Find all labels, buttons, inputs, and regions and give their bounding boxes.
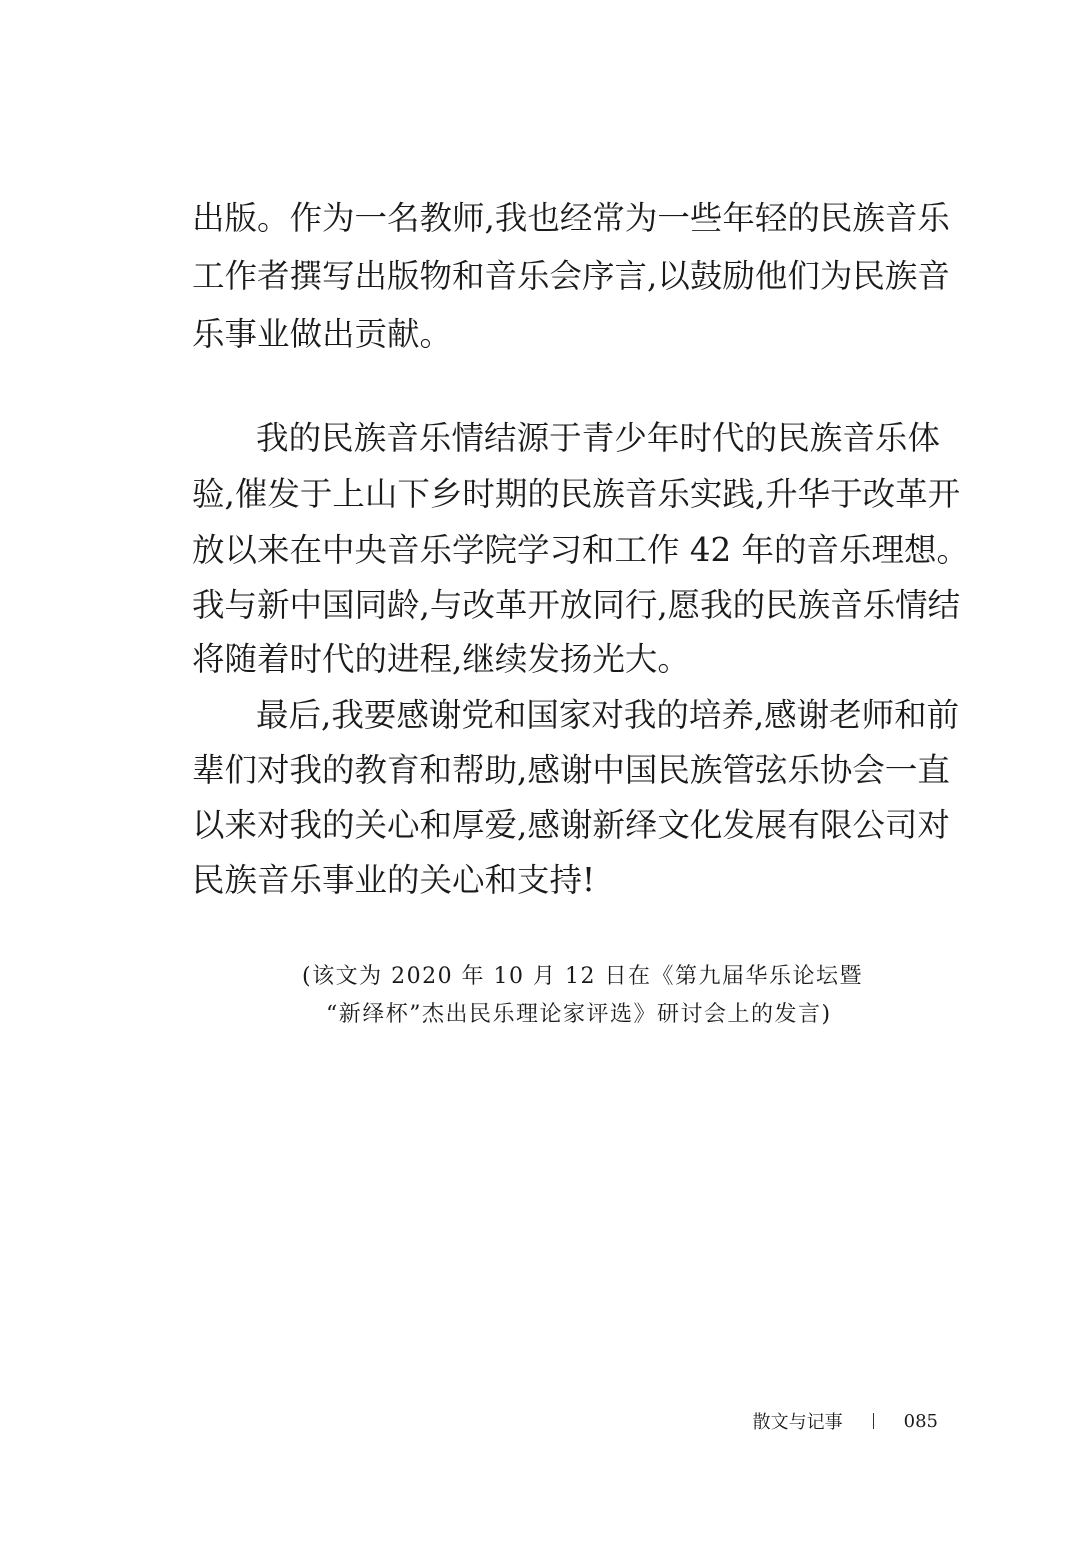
source-note-line-2: “新绎杯”杰出民乐理论家评选》研讨会上的发言) <box>326 1000 832 1030</box>
text-line: 民族音乐事业的关心和支持! <box>192 858 940 902</box>
section-title: 散文与记事 <box>753 1408 843 1434</box>
text-line: 工作者撰写出版物和音乐会序言,以鼓励他们为民族音 <box>192 254 940 298</box>
text-line: 我与新中国同龄,与改革开放同行,愿我的民族音乐情结 <box>192 583 940 627</box>
text-line: 辈们对我的教育和帮助,感谢中国民族管弦乐协会一直 <box>192 748 940 792</box>
text-line: 我的民族音乐情结源于青少年时代的民族音乐体 <box>192 416 940 460</box>
text-line: 以来对我的关心和厚爱,感谢新绎文化发展有限公司对 <box>192 803 940 847</box>
text-line: 放以来在中央音乐学院学习和工作 42 年的音乐理想。 <box>192 528 940 572</box>
text-line: 出版。作为一名教师,我也经常为一些年轻的民族音乐 <box>192 196 940 240</box>
text-line: 验,催发于上山下乡时期的民族音乐实践,升华于改革开 <box>192 472 940 516</box>
text-line: 将随着时代的进程,继续发扬光大。 <box>192 637 940 681</box>
source-note-line-1: (该文为 2020 年 10 月 12 日在《第九届华乐论坛暨 <box>302 962 863 992</box>
text-line: 最后,我要感谢党和国家对我的培养,感谢老师和前 <box>192 693 940 737</box>
page-number: 085 <box>904 1411 938 1432</box>
page-footer: 散文与记事 085 <box>753 1408 938 1434</box>
footer-divider <box>873 1413 874 1429</box>
text-line: 乐事业做出贡献。 <box>192 312 940 356</box>
